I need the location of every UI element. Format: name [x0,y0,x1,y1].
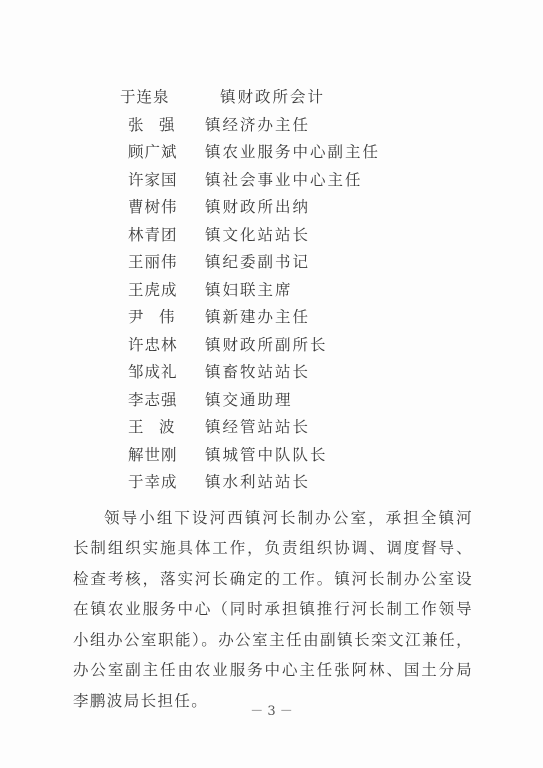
member-name: 王丽伟 [128,249,190,277]
body-paragraph: 领导小组下设河西镇河长制办公室，承担全镇河长制组织实施具体工作，负责组织协调、调… [73,503,473,717]
member-role: 镇农业服务中心副主任 [205,139,380,167]
member-role: 镇水利站站长 [205,469,310,497]
member-role: 镇纪委副书记 [205,249,310,277]
member-role: 镇财政所会计 [220,84,325,112]
member-name: 许忠林 [128,332,190,360]
member-name: 邹成礼 [128,359,190,387]
member-name: 许家国 [128,167,190,195]
member-name: 于连泉 [120,84,182,112]
member-role: 镇交通助理 [205,387,293,415]
member-role: 镇财政所副所长 [205,332,328,360]
member-role: 镇社会事业中心主任 [205,167,363,195]
document-page: 于连泉 镇财政所会计 张 强 镇经济办主任 顾广斌 镇农业服务中心副主任 许家国… [0,0,543,768]
member-role: 镇畜牧站站长 [205,359,310,387]
member-role: 镇经济办主任 [205,112,310,140]
member-name: 张 强 [128,112,190,140]
member-name: 王 波 [128,414,190,442]
page-number: － 3 － [0,700,543,719]
member-role: 镇新建办主任 [205,304,310,332]
member-name: 林青团 [128,222,190,250]
member-role: 镇妇联主席 [205,277,293,305]
member-role: 镇财政所出纳 [205,194,310,222]
member-name: 李志强 [128,387,190,415]
member-name: 曹树伟 [128,194,190,222]
member-role: 镇经管站站长 [205,414,310,442]
member-name: 尹 伟 [128,304,190,332]
member-name: 顾广斌 [128,139,190,167]
member-role: 镇城管中队队长 [205,442,328,470]
member-name: 解世刚 [128,442,190,470]
member-role: 镇文化站站长 [205,222,310,250]
member-name: 于幸成 [128,469,190,497]
member-name: 王虎成 [128,277,190,305]
